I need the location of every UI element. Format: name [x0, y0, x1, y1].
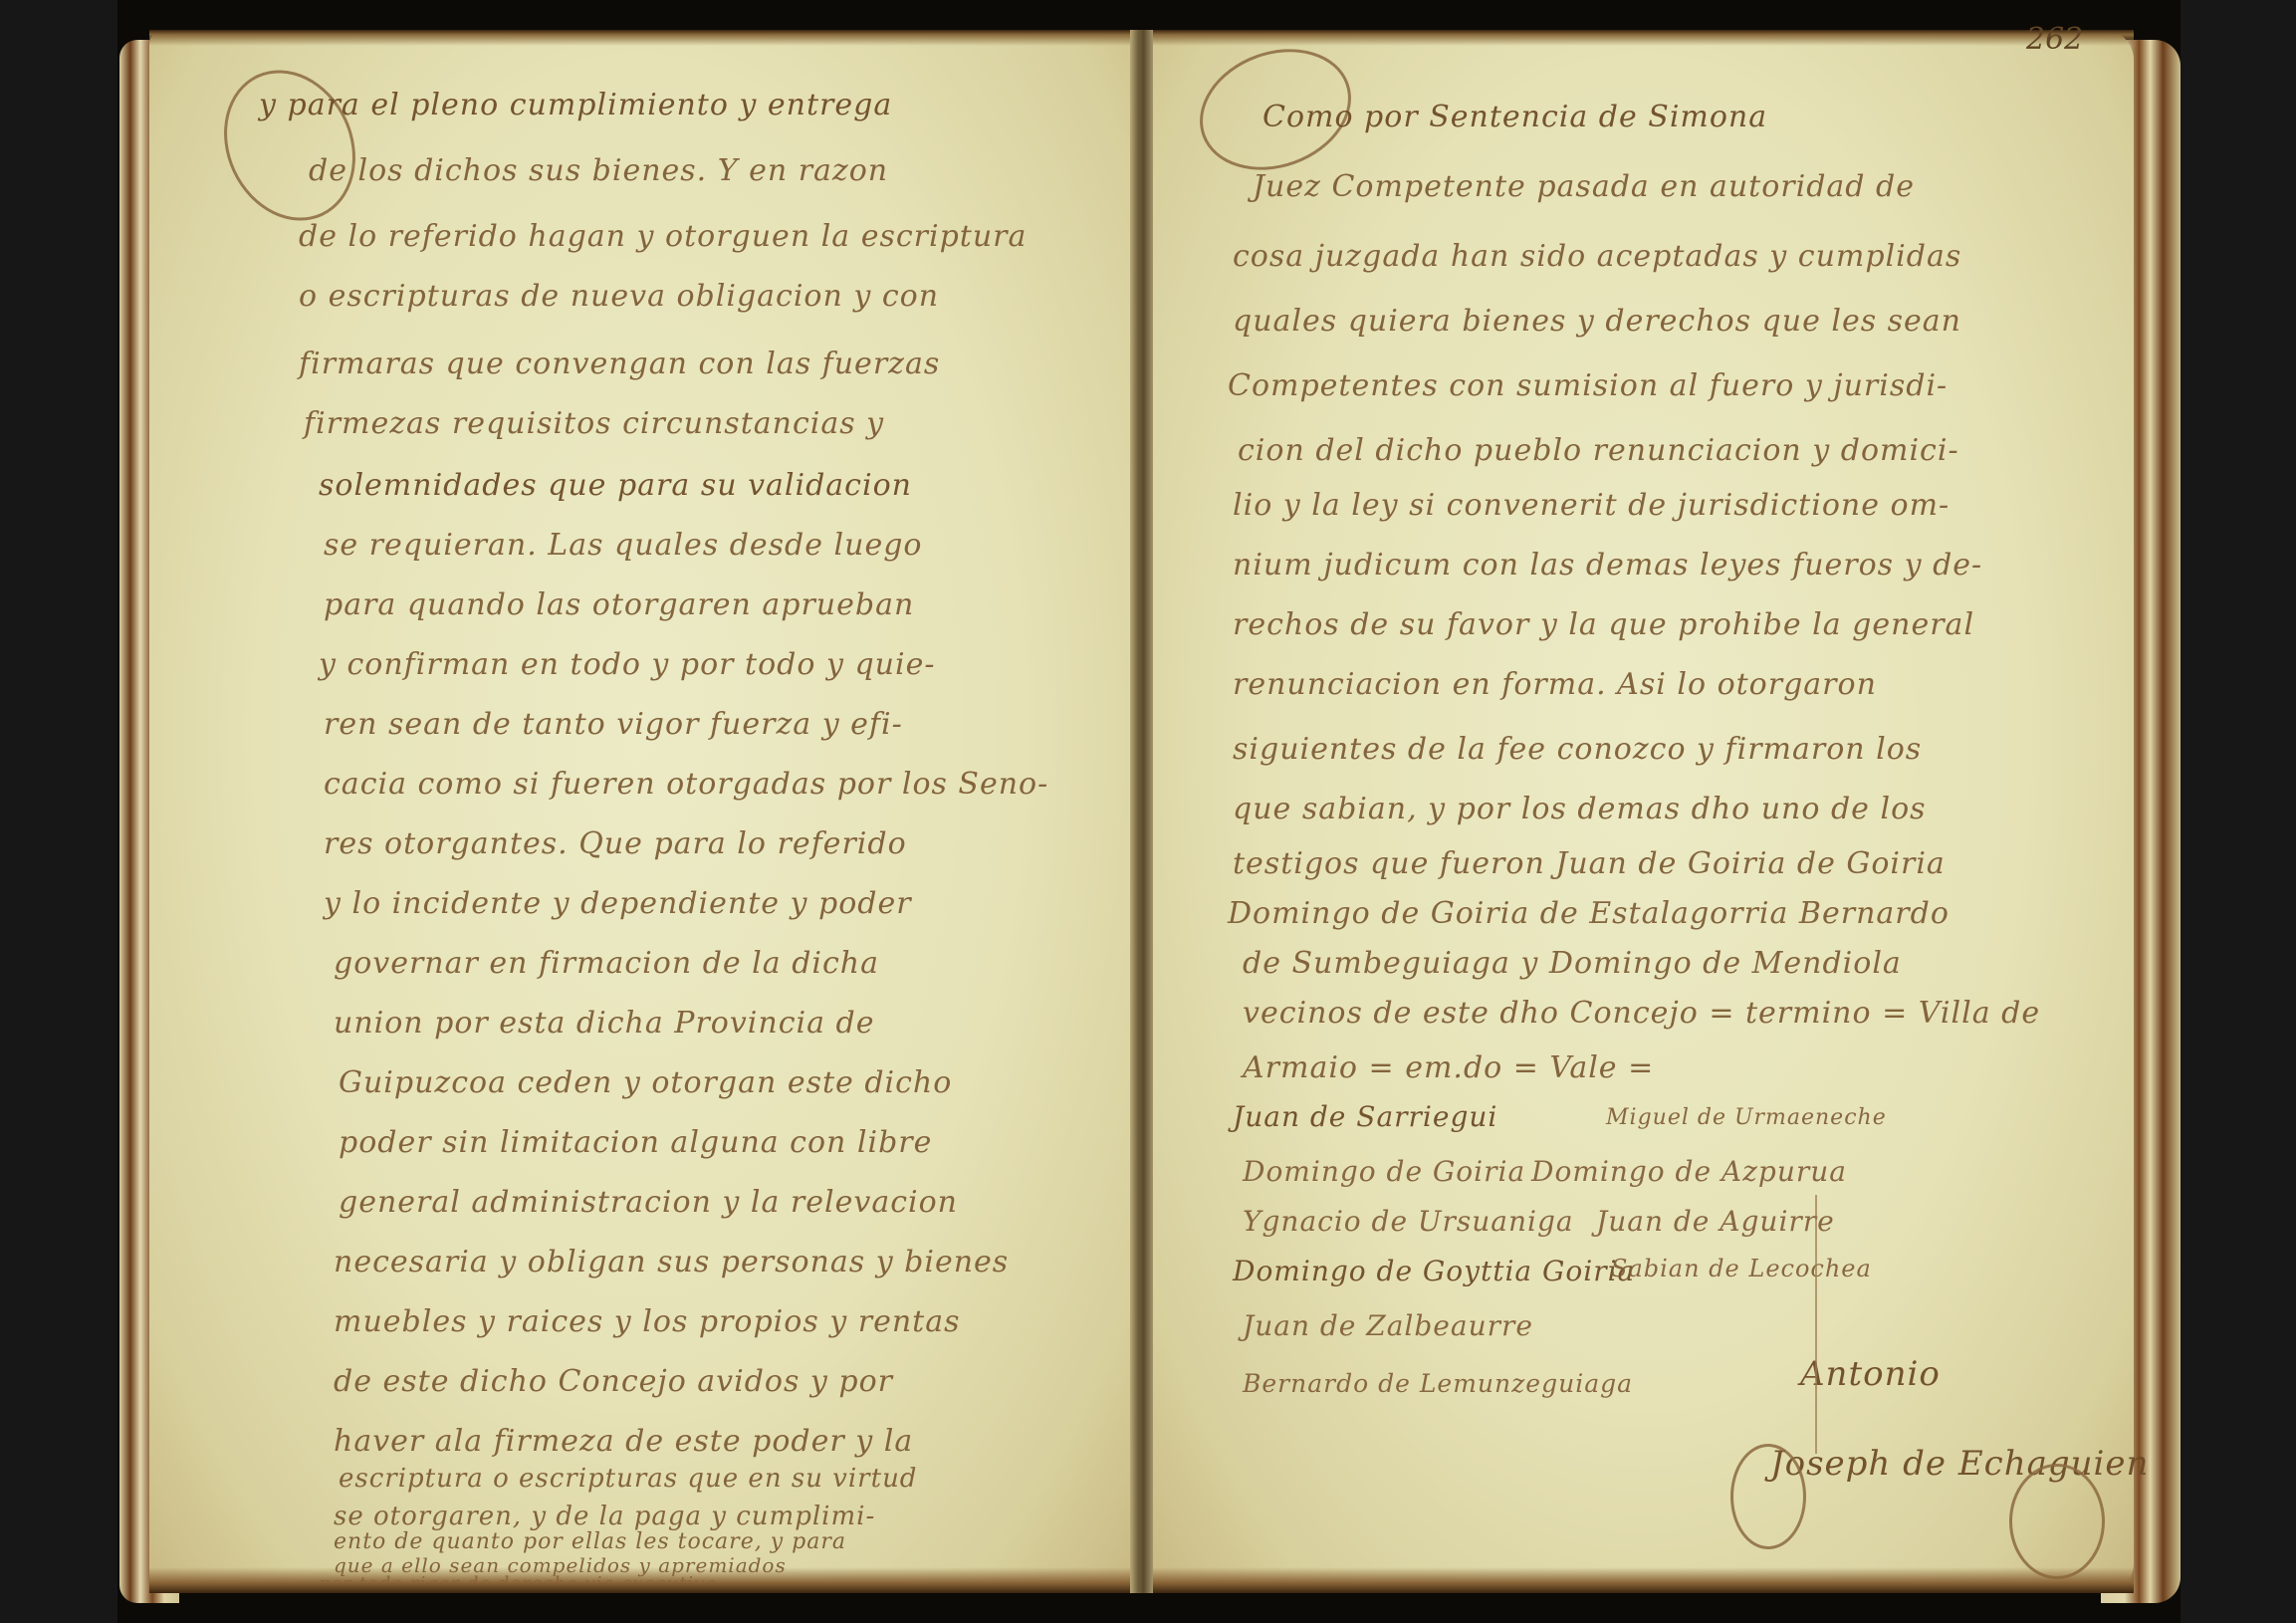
- manuscript-line: union por esta dicha Provincia de: [334, 1006, 875, 1041]
- manuscript-line: ren sean de tanto vigor fuerza y efi-: [324, 707, 903, 742]
- manuscript-line: Como por Sentencia de Simona: [1263, 100, 1767, 134]
- notary-rubric: [1730, 1444, 1806, 1549]
- manuscript-line: testigos que fueron Juan de Goiria de Go…: [1233, 846, 1946, 881]
- folio-number: 262: [2026, 22, 2083, 57]
- manuscript-line: cosa juzgada han sido aceptadas y cumpli…: [1233, 239, 1961, 274]
- manuscript-line: haver ala firmeza de este poder y la: [334, 1424, 913, 1459]
- manuscript-line: para quando las otorgaren aprueban: [324, 587, 914, 622]
- scan-background-right: [2179, 0, 2296, 1623]
- manuscript-line: Juez Competente pasada en autoridad de: [1253, 169, 1915, 204]
- closing-flourish-line: [259, 1583, 1065, 1586]
- manuscript-line: siguientes de la fee conozco y firmaron …: [1233, 732, 1922, 767]
- right-page: Como por Sentencia de Simona Juez Compet…: [1153, 30, 2134, 1593]
- manuscript-line: firmaras que convengan con las fuerzas: [299, 347, 940, 381]
- manuscript-line: de este dicho Concejo avidos y por: [334, 1364, 893, 1399]
- manuscript-line: cion del dicho pueblo renunciacion y dom…: [1238, 433, 1959, 468]
- manuscript-line: vecinos de este dho Concejo = termino = …: [1243, 996, 2040, 1031]
- manuscript-line: solemnidades que para su validacion: [319, 468, 912, 503]
- manuscript-line: que a ello sean compelidos y apremiados: [334, 1553, 787, 1577]
- manuscript-line: muebles y raices y los propios y rentas: [334, 1304, 961, 1339]
- manuscript-line: Armaio = em.do = Vale =: [1243, 1050, 1654, 1085]
- signature: Miguel de Urmaeneche: [1606, 1105, 1887, 1130]
- manuscript-line: necesaria y obligan sus personas y biene…: [334, 1245, 1009, 1279]
- manuscript-line: nium judicum con las demas leyes fueros …: [1233, 548, 1982, 582]
- manuscript-line: o escripturas de nueva obligacion y con: [299, 279, 939, 314]
- manuscript-line: cacia como si fueren otorgadas por los S…: [324, 767, 1048, 802]
- signature: Juan de Aguirre: [1596, 1205, 1835, 1238]
- signature: Joseph de Echaguien: [1770, 1444, 2149, 1484]
- manuscript-line: ento de quanto por ellas les tocare, y p…: [334, 1529, 846, 1554]
- manuscript-line: escriptura o escripturas que en su virtu…: [339, 1464, 917, 1494]
- left-page: y para el pleno cumplimiento y entrega d…: [149, 30, 1130, 1593]
- manuscript-line: por todo rigor de derecho via executiva: [319, 1573, 717, 1594]
- signature: Domingo de Goyttia Goiria: [1233, 1255, 1635, 1287]
- manuscript-line: renunciacion en forma. Asi lo otorgaron: [1233, 667, 1877, 702]
- manuscript-line: se requieran. Las quales desde luego: [324, 528, 923, 563]
- manuscript-line: res otorgantes. Que para lo referido: [324, 826, 907, 861]
- signature: Juan de Zalbeaurre: [1243, 1309, 1533, 1342]
- manuscript-line: de Sumbeguiaga y Domingo de Mendiola: [1243, 946, 1902, 981]
- manuscript-line: de los dichos sus bienes. Y en razon: [309, 153, 888, 188]
- signature: Ygnacio de Ursuaniga: [1243, 1205, 1574, 1238]
- manuscript-line: y lo incidente y dependiente y poder: [324, 886, 912, 921]
- signature: Bernardo de Lemunzeguiaga: [1243, 1369, 1633, 1398]
- manuscript-line: firmezas requisitos circunstancias y: [304, 406, 884, 441]
- book-gutter: [1130, 30, 1153, 1593]
- manuscript-line: poder sin limitacion alguna con libre: [339, 1125, 932, 1160]
- manuscript-line: quales quiera bienes y derechos que les …: [1233, 304, 1961, 339]
- manuscript-line: y confirman en todo y por todo y quie-: [319, 647, 935, 682]
- initial-flourish: [200, 49, 379, 243]
- signature: Domingo de Azpurua: [1531, 1155, 1847, 1188]
- manuscript-line: de lo referido hagan y otorguen la escri…: [299, 219, 1027, 254]
- manuscript-line: que sabian, y por los demas dho uno de l…: [1233, 792, 1927, 826]
- manuscript-line: governar en firmacion de la dicha: [334, 946, 879, 981]
- manuscript-line: lio y la ley si convenerit de jurisdicti…: [1233, 488, 1950, 523]
- manuscript-line: y para el pleno cumplimiento y entrega: [259, 88, 892, 122]
- manuscript-line: rechos de su favor y la que prohibe la g…: [1233, 607, 1974, 642]
- notary-rubric: [2009, 1464, 2105, 1579]
- notary-rubric-stroke: [1815, 1195, 1817, 1454]
- signature: Domingo de Goiria: [1243, 1155, 1525, 1188]
- scan-background-left: [0, 0, 119, 1623]
- manuscript-line: Competentes con sumision al fuero y juri…: [1228, 368, 1948, 403]
- signature: Antonio: [1800, 1354, 1941, 1394]
- manuscript-line: se otorgaren, y de la paga y cumplimi-: [334, 1502, 875, 1531]
- manuscript-line: general administracion y la relevacion: [339, 1185, 958, 1220]
- manuscript-line: Guipuzcoa ceden y otorgan este dicho: [339, 1065, 952, 1100]
- signature: Sabian de Lecochea: [1611, 1255, 1872, 1282]
- signature: Juan de Sarriegui: [1233, 1100, 1497, 1133]
- manuscript-line: Domingo de Goiria de Estalagorria Bernar…: [1228, 896, 1950, 931]
